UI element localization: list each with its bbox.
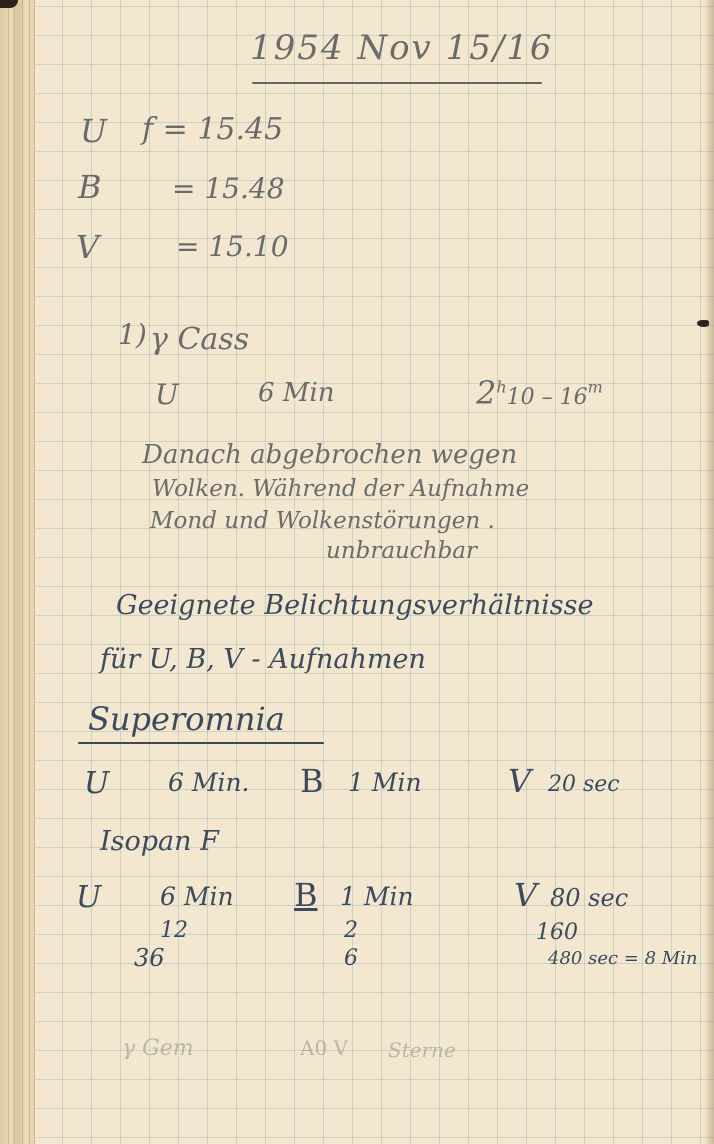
ink-blot xyxy=(697,320,709,327)
note-line: unbrauchbar xyxy=(326,538,477,564)
minute-superscript: m xyxy=(588,377,603,396)
extra-v: 480 sec = 8 Min xyxy=(548,948,698,969)
magnitude-band-u: U xyxy=(80,112,107,150)
magnitude-value-b: = 15.48 xyxy=(172,172,285,205)
observation-number: 1) xyxy=(118,318,147,351)
exposure-time-v: 20 sec xyxy=(548,772,620,797)
note-line: Wolken. Während der Aufnahme xyxy=(152,476,529,502)
extra-b: 6 xyxy=(344,946,358,971)
plate-name-underline xyxy=(78,742,324,744)
exposure-time-v: 80 sec xyxy=(550,884,628,912)
entry-date: 1954 Nov 15/16 xyxy=(250,28,554,68)
page-edge-shadow xyxy=(704,0,714,1144)
observation-band: U xyxy=(155,378,179,411)
magnitude-value-v: = 15.10 xyxy=(176,230,289,263)
magnitude-value-u: f = 15.45 xyxy=(142,112,283,147)
observation-object: γ Cass xyxy=(150,322,249,357)
notebook-page: 1954 Nov 15/16 U f = 15.45 B = 15.48 V =… xyxy=(0,0,714,1144)
exposure-time-u: 6 Min xyxy=(160,882,234,911)
date-underline xyxy=(252,82,542,84)
exposure-time-b: 1 Min xyxy=(348,768,422,797)
exposure-time-u: 6 Min. xyxy=(168,768,250,797)
plate-name: Isopan F xyxy=(100,826,219,857)
extra-v: 160 xyxy=(536,920,578,945)
magnitude-band-b: B xyxy=(78,168,102,206)
exposure-band-u: U xyxy=(84,766,109,801)
extra-b: 2 xyxy=(344,918,358,943)
footer-object: γ Gem xyxy=(122,1036,194,1061)
exposure-band-b: B xyxy=(294,876,318,914)
exposure-band-v: V xyxy=(508,762,531,800)
plate-name: Superomnia xyxy=(88,700,285,738)
heading-line: für U, B, V - Aufnahmen xyxy=(100,644,426,675)
observation-hour: 2 xyxy=(476,374,496,412)
exposure-band-b: B xyxy=(300,762,324,800)
book-binding xyxy=(0,0,35,1144)
footer-note: Sterne xyxy=(388,1038,456,1062)
observation-exposure: 6 Min xyxy=(258,378,335,408)
observation-minute-range: 10 – 16 xyxy=(507,385,588,410)
magnitude-band-v: V xyxy=(76,228,99,266)
observation-time: 2h10 – 16m xyxy=(476,374,603,412)
extra-u: 36 xyxy=(134,944,165,972)
hour-superscript: h xyxy=(496,377,506,396)
note-line: Danach abgebrochen wegen xyxy=(142,440,517,470)
exposure-band-v: V xyxy=(514,876,537,914)
extra-u: 12 xyxy=(160,918,188,943)
footer-spectral: A0 V xyxy=(300,1036,348,1060)
exposure-band-u: U xyxy=(76,880,101,915)
note-line: Mond und Wolkenstörungen . xyxy=(150,508,495,534)
exposure-time-b: 1 Min xyxy=(340,882,414,911)
heading-line: Geeignete Belichtungsverhältnisse xyxy=(116,590,593,621)
